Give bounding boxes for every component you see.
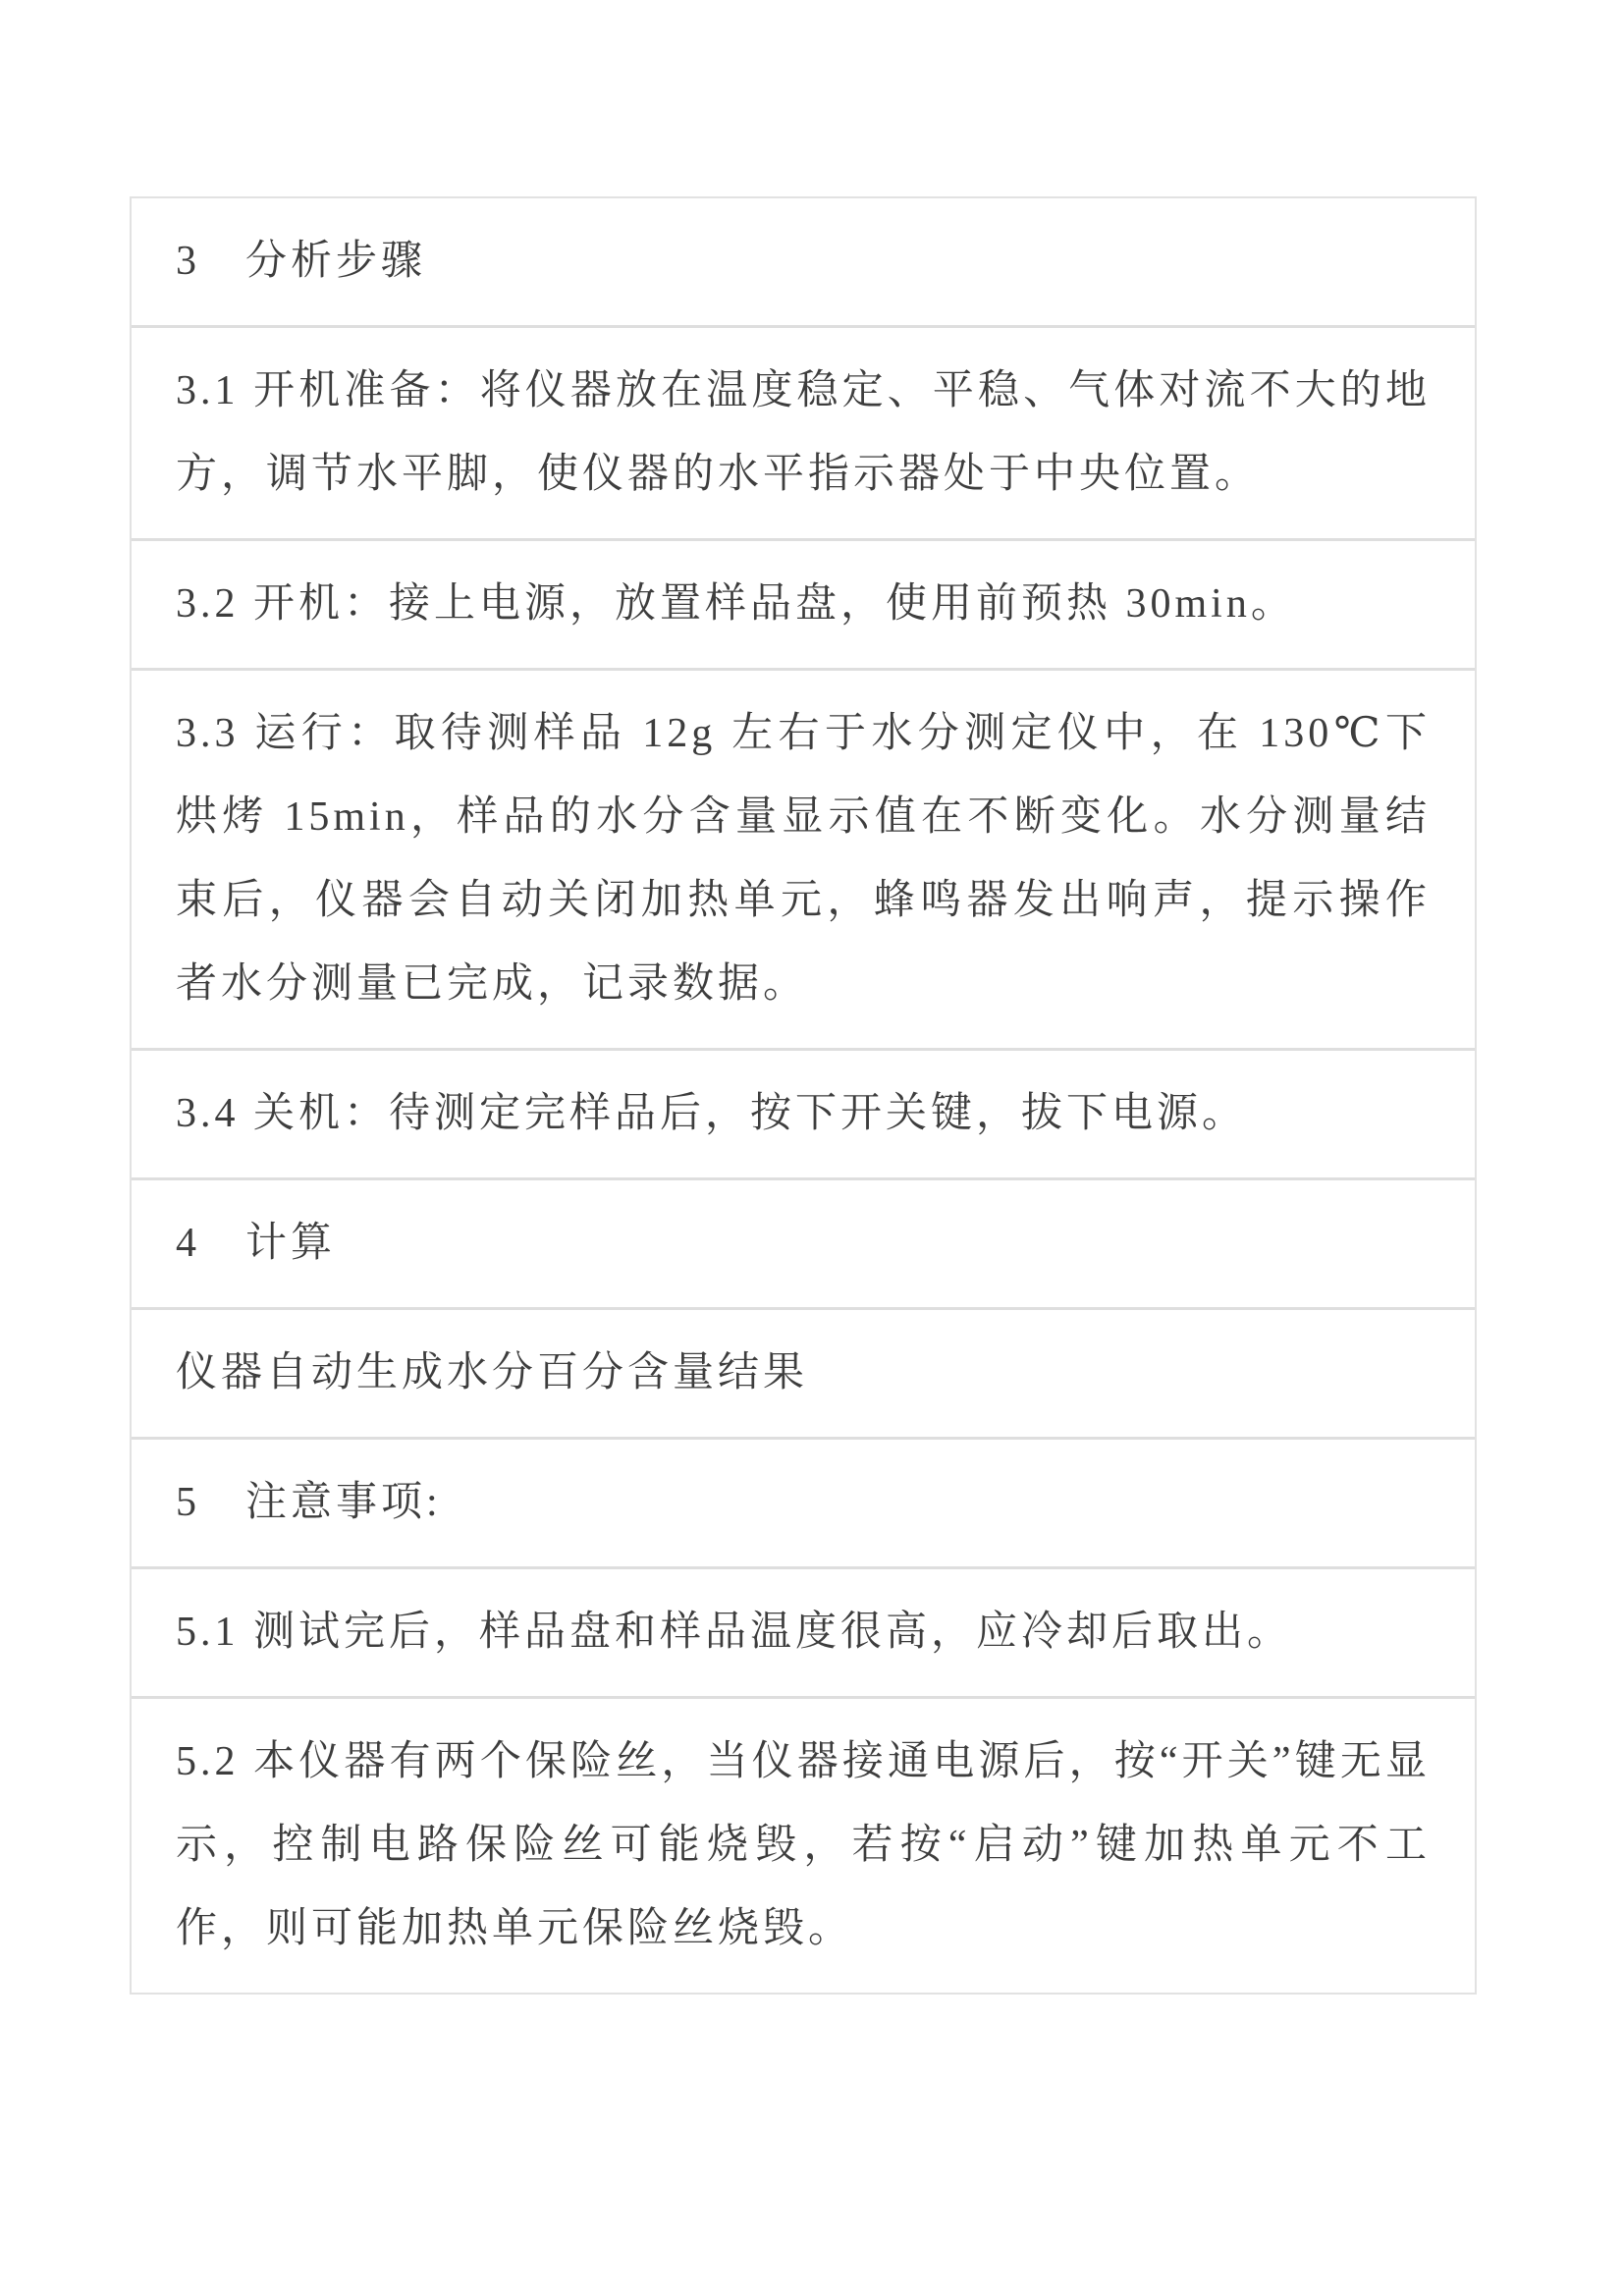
table-row-step-3-2: 3.2 开机：接上电源，放置样品盘，使用前预热 30min。 <box>132 541 1475 671</box>
table-row-section-3-heading: 3 分析步骤 <box>132 198 1475 328</box>
table-row-section-5-heading: 5 注意事项: <box>132 1440 1475 1569</box>
procedure-table: 3 分析步骤 3.1 开机准备：将仪器放在温度稳定、平稳、气体对流不大的地方，调… <box>130 196 1477 1995</box>
table-row-section-4-heading: 4 计算 <box>132 1180 1475 1310</box>
table-row-note-5-2: 5.2 本仪器有两个保险丝，当仪器接通电源后，按“开关”键无显示，控制电路保险丝… <box>132 1699 1475 1993</box>
table-row-section-4-body: 仪器自动生成水分百分含量结果 <box>132 1310 1475 1440</box>
table-row-step-3-4: 3.4 关机：待测定完样品后，按下开关键，拔下电源。 <box>132 1051 1475 1180</box>
document-page: 3 分析步骤 3.1 开机准备：将仪器放在温度稳定、平稳、气体对流不大的地方，调… <box>0 0 1623 2296</box>
table-row-note-5-1: 5.1 测试完后，样品盘和样品温度很高，应冷却后取出。 <box>132 1569 1475 1699</box>
table-row-step-3-1: 3.1 开机准备：将仪器放在温度稳定、平稳、气体对流不大的地方，调节水平脚，使仪… <box>132 328 1475 541</box>
table-row-step-3-3: 3.3 运行：取待测样品 12g 左右于水分测定仪中，在 130℃下烘烤 15m… <box>132 671 1475 1051</box>
